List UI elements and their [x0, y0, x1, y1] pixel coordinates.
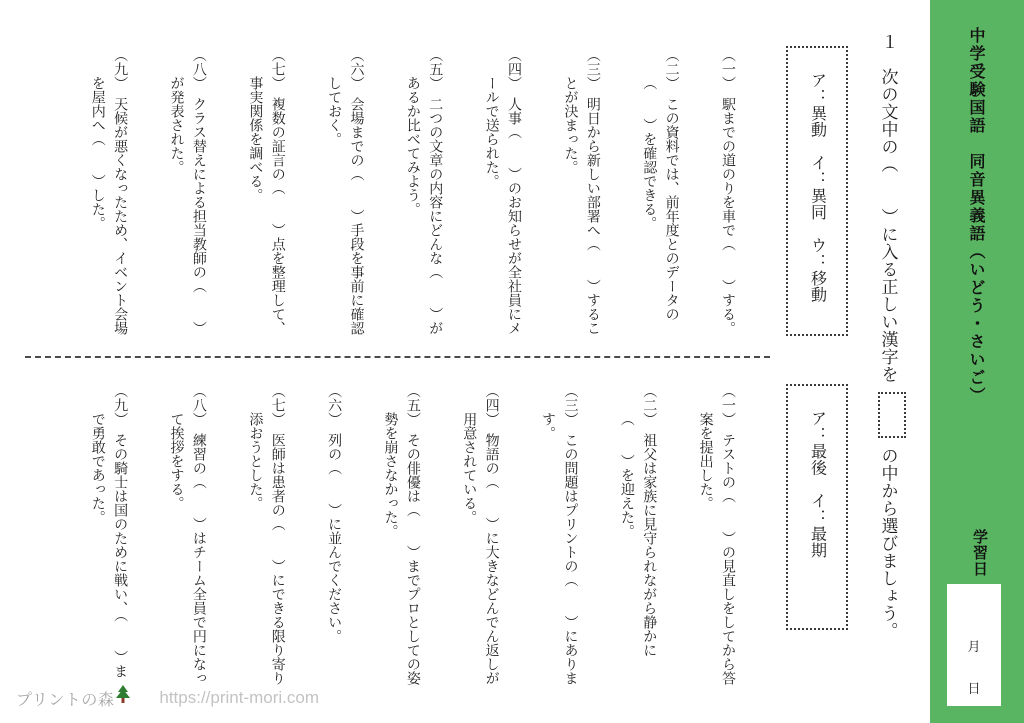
- question-item: （二） 祖父は家族に見守られながら静かに （ ）を迎えた。: [616, 384, 661, 694]
- choice-options: ア：最後 イ：最期: [806, 386, 829, 628]
- instruction-text-before: １ 次の文中の（ ）に入る正しい漢字を: [878, 33, 897, 383]
- question-item: （五） 二つの文章の内容にどんな（ ）が あるか比べてみよう。: [402, 48, 447, 356]
- answer-source-placeholder-box: [878, 392, 906, 438]
- month-label: 月: [967, 636, 980, 655]
- question-item: （六） 会場までの（ ）手段を事前に確認 しておく。: [324, 48, 369, 356]
- choice-box-saigo: ア：最後 イ：最期: [786, 384, 848, 630]
- choice-box-idou: ア：異動 イ：異同 ウ：移動: [786, 46, 848, 336]
- question-item: （二） この資料では、前年度とのデータの （ ）を確認できる。: [639, 48, 684, 356]
- tree-icon: [115, 685, 131, 709]
- question-item: （三） この問題はプリントの（ ）にありま す。: [538, 384, 583, 694]
- question-item: （七） 医師は患者の（ ）にできる限り寄り 添おうとした。: [245, 384, 290, 694]
- question-section-1: （一） 駅までの道のりを車で（ ）する。 （二） この資料では、前年度とのデータ…: [40, 48, 740, 356]
- question-item: （七） 複数の証言の（ ）点を整理して、 事実関係を調べる。: [245, 48, 290, 356]
- choice-options: ア：異動 イ：異同 ウ：移動: [806, 48, 829, 334]
- study-date-label: 学習日: [969, 529, 990, 577]
- instruction: １ 次の文中の（ ）に入る正しい漢字をの中から選びましょう。: [872, 33, 906, 693]
- footer: プリントの森 https://print-mori.com: [16, 685, 319, 711]
- site-name: プリントの森: [16, 687, 114, 710]
- date-input-box[interactable]: 月 日: [947, 584, 1001, 706]
- question-item: （九） その騎士は国のために戦い、（ ）ま で勇敢であった。: [87, 384, 132, 694]
- question-item: （六） 列の（ ）に並んでください。: [324, 384, 346, 694]
- question-item: （一） テストの（ ）の見直しをしてから答 案を提出した。: [695, 384, 740, 694]
- question-item: （九） 天候が悪くなったため、イベント会場 を屋内へ（ ）した。: [87, 48, 132, 356]
- instruction-text-after: の中から選びましょう。: [878, 447, 897, 640]
- question-section-2: （一） テストの（ ）の見直しをしてから答 案を提出した。 （二） 祖父は家族に…: [40, 384, 740, 694]
- question-item: （五） その俳優は（ ）までプロとしての姿 勢を崩さなかった。: [380, 384, 425, 694]
- question-item: （三） 明日から新しい部署へ（ ）するこ とが決まった。: [560, 48, 605, 356]
- title-banner: 中学受験国語 同音異義語（いどう・さいご） 学習日 月 日: [930, 0, 1024, 723]
- question-item: （四） 物語の（ ）に大きなどんでん返しが 用意されている。: [459, 384, 504, 694]
- question-item: （四） 人事（ ）のお知らせが全社員にメ ールで送られた。: [481, 48, 526, 356]
- question-item: （八） 練習の（ ）はチーム全員で円になっ て挨拶をする。: [166, 384, 211, 694]
- question-item: （一） 駅までの道のりを車で（ ）する。: [718, 48, 740, 356]
- worksheet-title: 中学受験国語 同音異義語（いどう・さいご）: [964, 27, 987, 405]
- section-divider: [25, 356, 770, 358]
- site-url: https://print-mori.com: [159, 688, 319, 708]
- day-label: 日: [967, 678, 980, 697]
- question-item: （八） クラス替えによる担当教師の（ ） が発表された。: [166, 48, 211, 356]
- worksheet-page: 中学受験国語 同音異義語（いどう・さいご） 学習日 月 日 １ 次の文中の（ ）…: [0, 0, 1024, 723]
